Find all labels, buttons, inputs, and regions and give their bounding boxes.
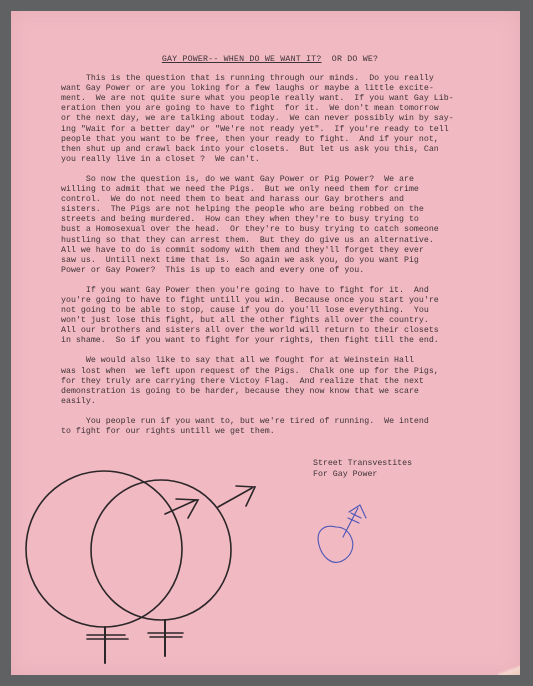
interlocking-gender-symbols-icon <box>26 471 255 663</box>
symbols-drawing <box>0 0 533 686</box>
handwritten-male-symbol-icon <box>318 505 366 562</box>
